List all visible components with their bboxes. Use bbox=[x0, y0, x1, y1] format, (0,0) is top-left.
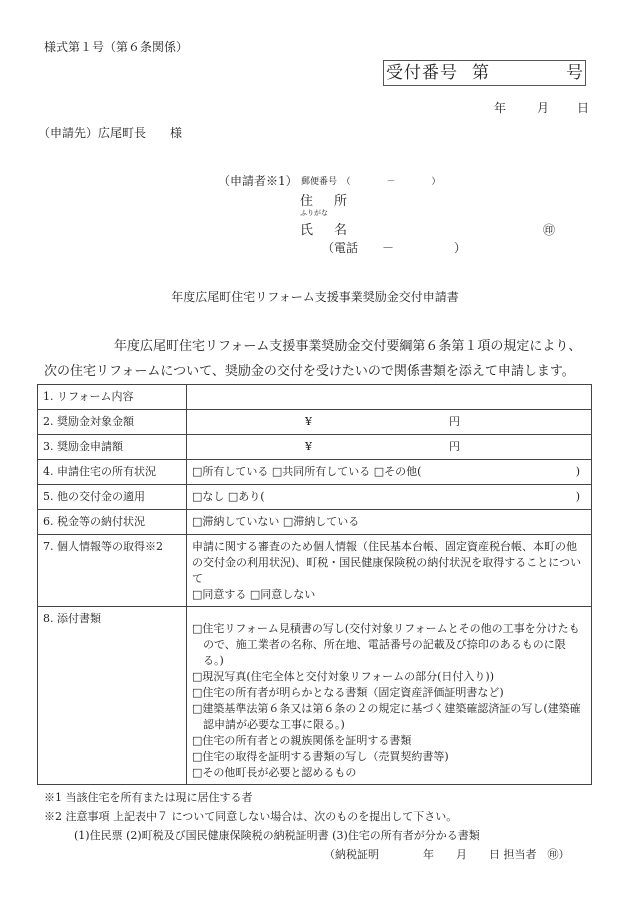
row-label: 2. 奨励金対象金額 bbox=[38, 410, 187, 435]
receipt-go: 号 bbox=[566, 61, 583, 85]
ownership-options[interactable]: □所有している □共同所有している □その他( ) bbox=[187, 460, 592, 485]
attachment-checkbox[interactable]: □住宅の所有者との親族関係を証明する書類 bbox=[192, 733, 586, 749]
tax-status-checkboxes[interactable]: □滞納していない □滞納している bbox=[192, 515, 359, 528]
reform-content-field[interactable] bbox=[187, 385, 592, 410]
row-label: 6. 税金等の納付状況 bbox=[38, 510, 187, 535]
note-2-items: (1)住民票 (2)町税及び国民健康保険税の納税証明書 (3)住宅の所有者が分か… bbox=[44, 826, 570, 845]
table-row: 7. 個人情報等の取得※2 申請に関する審査のため個人情報（住民基本台帳、固定資… bbox=[38, 535, 592, 607]
row-label: 1. リフォーム内容 bbox=[38, 385, 187, 410]
tax-certificate-line: （納税証明 年 月 日 担当者 ㊞） bbox=[44, 845, 570, 864]
table-row: 5. 他の交付金の適用 □なし □あり( ) bbox=[38, 485, 592, 510]
date-year: 年 bbox=[494, 99, 506, 116]
row-label: 3. 奨励金申請額 bbox=[38, 435, 187, 460]
attachment-checkbox[interactable]: □その他町長が必要と認めるもの bbox=[192, 765, 586, 781]
attachment-checkbox[interactable]: □住宅の所有者が明らかとなる書類（固定資産評価証明書など) bbox=[192, 685, 586, 701]
receipt-number-box: 受付番号 第 号 bbox=[383, 60, 586, 86]
paren-close: ) bbox=[576, 464, 580, 480]
row-label: 8. 添付書類 bbox=[38, 607, 187, 785]
postal-code-field[interactable]: 郵便番号 （ － ） bbox=[301, 174, 441, 187]
body-line-1: 年度広尾町住宅リフォーム支援事業奨励金交付要綱第６条第１項の規定により、 bbox=[44, 334, 581, 359]
date-day: 日 bbox=[577, 99, 589, 116]
table-row: 3. 奨励金申請額 ¥ 円 bbox=[38, 435, 592, 460]
table-row: 4. 申請住宅の所有状況 □所有している □共同所有している □その他( ) bbox=[38, 460, 592, 485]
form-number: 様式第１号（第６条関係） bbox=[44, 38, 188, 55]
personal-info-cell: 申請に関する審査のため個人情報（住民基本台帳、固定資産税台帳、本町の他の交付金の… bbox=[187, 535, 592, 607]
ownership-checkboxes[interactable]: □所有している □共同所有している □その他( bbox=[192, 465, 421, 478]
yen-symbol: ¥ bbox=[305, 414, 312, 430]
table-row: 8. 添付書類 □住宅リフォーム見積書の写し(交付対象リフォームとその他の工事を… bbox=[38, 607, 592, 785]
furigana-label: ふりがな bbox=[300, 208, 328, 218]
yen-symbol: ¥ bbox=[305, 439, 312, 455]
paren-close: ) bbox=[576, 489, 580, 505]
attachment-checkbox[interactable]: □現況写真(住宅全体と交付対象リフォームの部分(日付入り)) bbox=[192, 669, 586, 685]
phone-field[interactable]: （電話 － ） bbox=[322, 239, 466, 256]
request-amount-field[interactable]: ¥ 円 bbox=[187, 435, 592, 460]
target-amount-field[interactable]: ¥ 円 bbox=[187, 410, 592, 435]
notes-section: ※1 当該住宅を所有または現に居住する者 ※2 注意事項 上記表中７ について同… bbox=[44, 788, 570, 864]
application-table: 1. リフォーム内容 2. 奨励金対象金額 ¥ 円 3. 奨励金申請額 ¥ 円 … bbox=[37, 384, 592, 785]
name-label: 氏 名 bbox=[300, 219, 351, 238]
addressee: （申請先）広尾町長 様 bbox=[38, 124, 182, 141]
en-unit: 円 bbox=[449, 414, 460, 430]
note-1: ※1 当該住宅を所有または現に居住する者 bbox=[44, 788, 570, 807]
attachment-checkbox[interactable]: □住宅の取得を証明する書類の写し（売買契約書等) bbox=[192, 749, 586, 765]
other-grant-options[interactable]: □なし □あり( ) bbox=[187, 485, 592, 510]
table-row: 2. 奨励金対象金額 ¥ 円 bbox=[38, 410, 592, 435]
seal-icon: ㊞ bbox=[543, 221, 555, 238]
table-row: 6. 税金等の納付状況 □滞納していない □滞納している bbox=[38, 510, 592, 535]
attachment-checkbox[interactable]: □建築基準法第６条又は第６条の２の規定に基づく建築確認済証の写し(建築確認申請が… bbox=[192, 701, 586, 733]
consent-checkboxes[interactable]: □同意する □同意しない bbox=[192, 587, 586, 603]
document-title: 年度広尾町住宅リフォーム支援事業奨励金交付申請書 bbox=[0, 288, 630, 305]
en-unit: 円 bbox=[449, 439, 460, 455]
body-paragraph: 年度広尾町住宅リフォーム支援事業奨励金交付要綱第６条第１項の規定により、 次の住… bbox=[44, 334, 581, 384]
other-grant-checkboxes[interactable]: □なし □あり( bbox=[192, 490, 265, 503]
row-label: 7. 個人情報等の取得※2 bbox=[38, 535, 187, 607]
table-row: 1. リフォーム内容 bbox=[38, 385, 592, 410]
tax-status-options[interactable]: □滞納していない □滞納している bbox=[187, 510, 592, 535]
row-label: 4. 申請住宅の所有状況 bbox=[38, 460, 187, 485]
date-month: 月 bbox=[537, 99, 549, 116]
row-label: 5. 他の交付金の適用 bbox=[38, 485, 187, 510]
body-line-2: 次の住宅リフォームについて、奨励金の交付を受けたいので関係書類を添えて申請します… bbox=[44, 359, 581, 384]
personal-info-text: 申請に関する審査のため個人情報（住民基本台帳、固定資産税台帳、本町の他の交付金の… bbox=[192, 539, 586, 587]
receipt-dai: 第 bbox=[472, 61, 489, 85]
attachments-list: □住宅リフォーム見積書の写し(交付対象リフォームとその他の工事を分けたもので、施… bbox=[192, 611, 586, 781]
note-2: ※2 注意事項 上記表中７ について同意しない場合は、次のものを提出して下さい。 bbox=[44, 807, 570, 826]
attachments-cell: □住宅リフォーム見積書の写し(交付対象リフォームとその他の工事を分けたもので、施… bbox=[187, 607, 592, 785]
address-label: 住 所 bbox=[300, 190, 351, 209]
attachment-checkbox[interactable]: □住宅リフォーム見積書の写し(交付対象リフォームとその他の工事を分けたもので、施… bbox=[192, 621, 586, 669]
receipt-number-label: 受付番号 bbox=[386, 61, 458, 85]
applicant-label: （申請者※1） bbox=[218, 172, 298, 189]
